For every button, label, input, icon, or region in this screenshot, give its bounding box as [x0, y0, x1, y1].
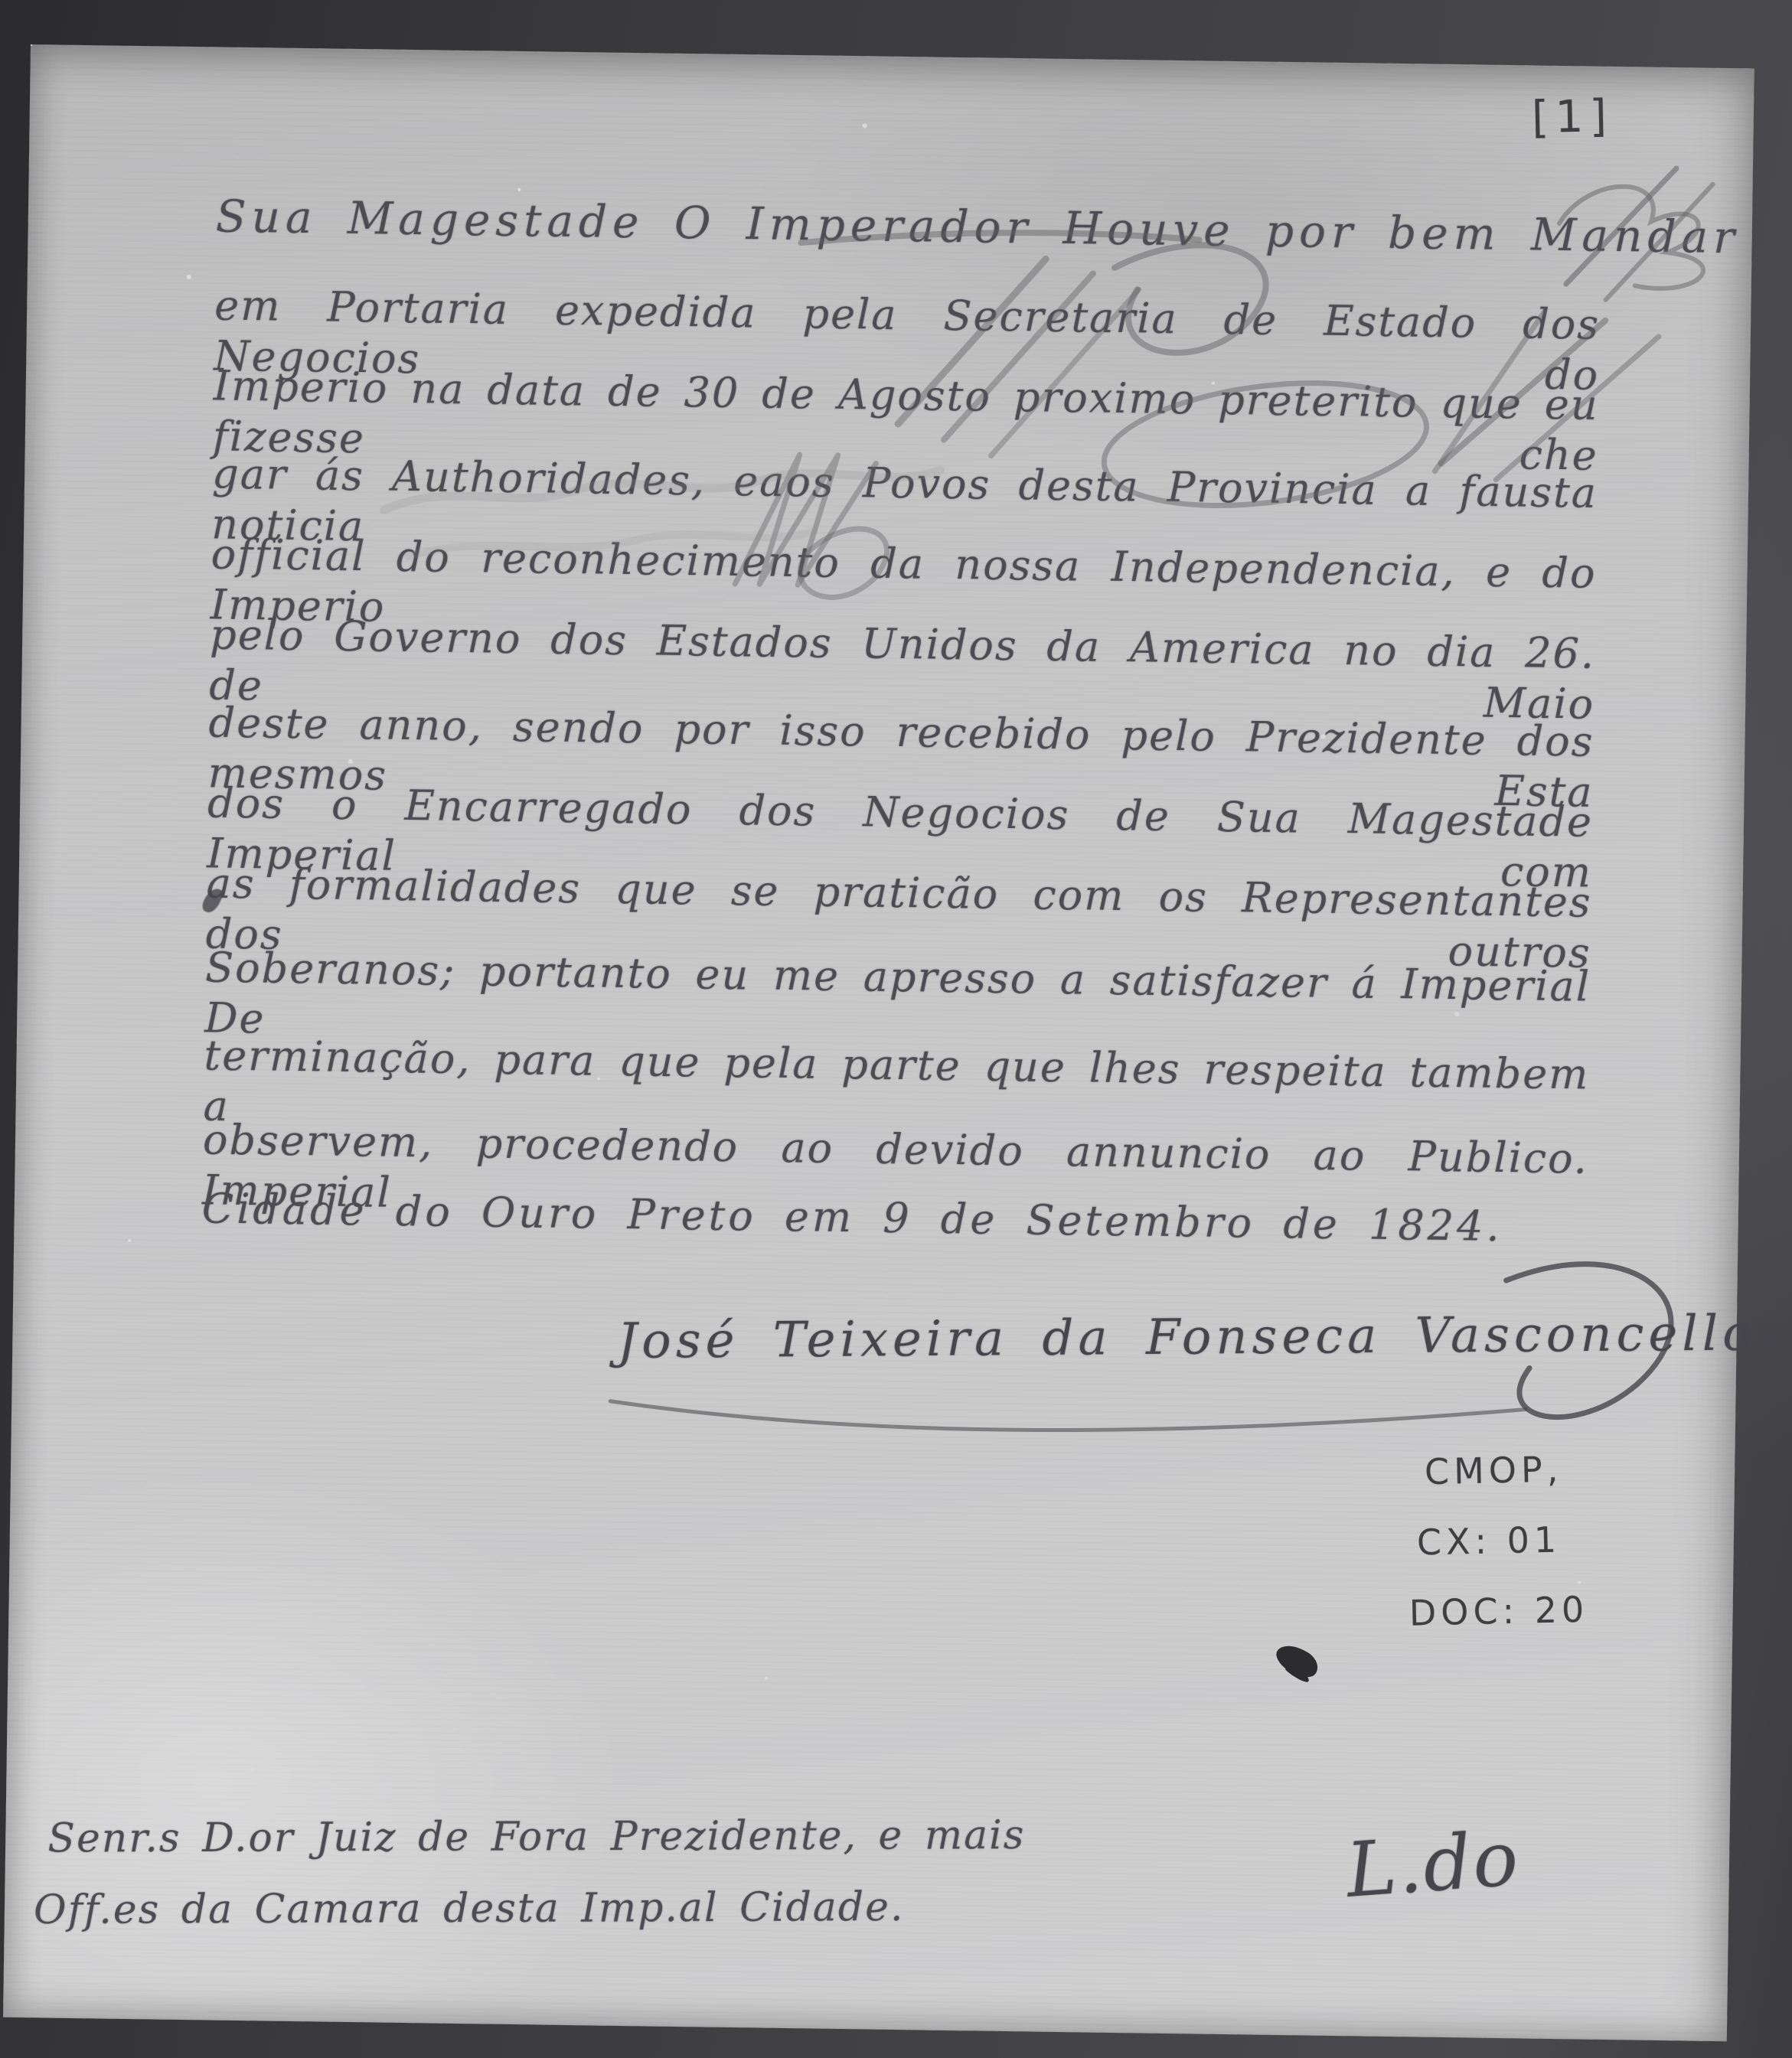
manuscript-paper: [1] Sua Magestade O Imperador Houve por … [3, 44, 1754, 2041]
scanned-document-photo: [1] Sua Magestade O Imperador Houve por … [0, 0, 1792, 2058]
pencil-scribble-overlay [3, 44, 1754, 2041]
